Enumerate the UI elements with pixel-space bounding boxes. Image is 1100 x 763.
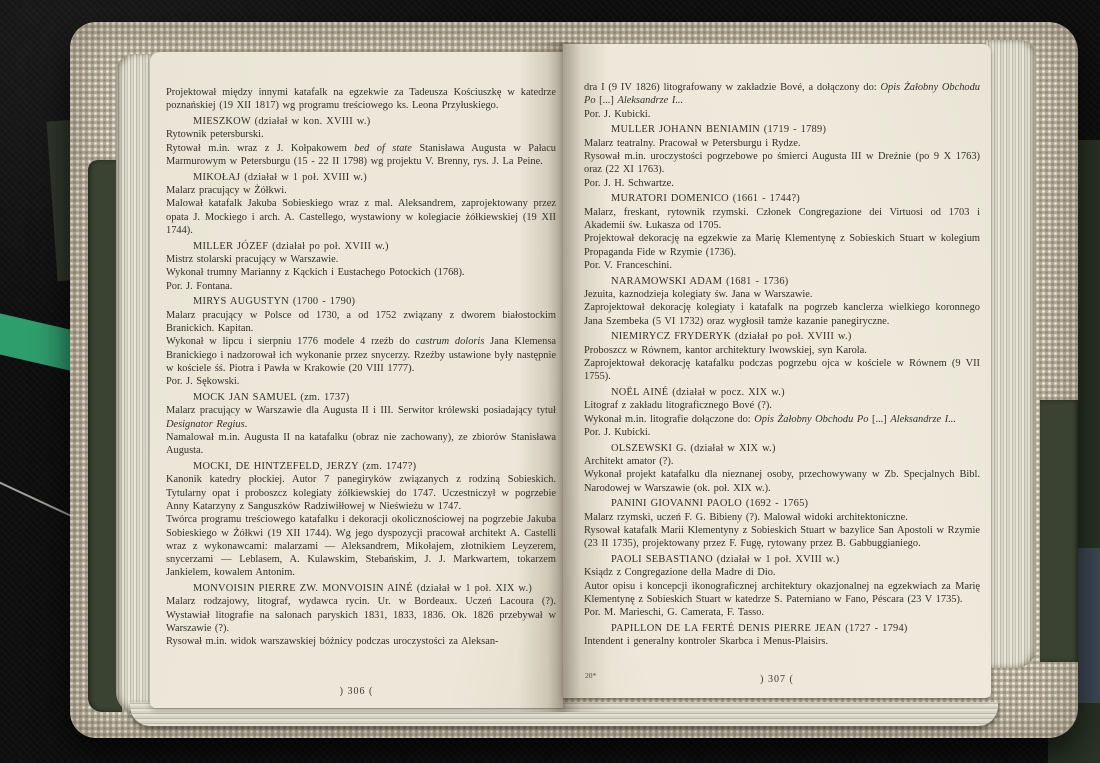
entry-heading: MIESZKOW (działał w kon. XVIII w.): [166, 115, 556, 128]
page-edges-right: [986, 40, 1036, 668]
photo-scene: Projektował między innymi katafalk na eg…: [0, 0, 1100, 763]
entry-paragraph: Por. J. Kubicki.: [584, 108, 980, 121]
entry-heading: NIEMIRYCZ FRYDERYK (działał po poł. XVII…: [584, 330, 980, 343]
entry-heading: NOËL AINÉ (działał w pocz. XIX w.): [584, 386, 980, 399]
entry-paragraph: Wykonał trumny Marianny z Kąckich i Eust…: [166, 266, 556, 279]
entry-heading: MURATORI DOMENICO (1661 - 1744?): [584, 192, 980, 205]
entry-paragraph: Autor opisu i koncepcji ikonograficznej …: [584, 580, 980, 607]
entry-paragraph: Twórca programu treściowego katafalku i …: [166, 513, 556, 579]
entry-paragraph: Wykonał projekt katafalku dla nieznanej …: [584, 468, 980, 495]
entry-heading: NARAMOWSKI ADAM (1681 - 1736): [584, 275, 980, 288]
entry-paragraph: Malował katafalk Jakuba Sobieskiego wraz…: [166, 197, 556, 237]
entry-paragraph: Namalował m.in. Augusta II na katafalku …: [166, 431, 556, 458]
entry-paragraph: Litograf z zakładu litograficznego Bové …: [584, 399, 980, 412]
entry-paragraph: Wykonał w lipcu i sierpniu 1776 modele 4…: [166, 335, 556, 375]
entry-heading: MIKOŁAJ (działał w 1 poł. XVIII w.): [166, 171, 556, 184]
left-page-number: ) 306 (: [150, 686, 563, 697]
entry-paragraph: Por. J. H. Schwartze.: [584, 177, 980, 190]
entry-paragraph: Malarz teatralny. Pracował w Petersburgu…: [584, 137, 980, 150]
entry-paragraph: Projektował dekorację na egzekwie za Mar…: [584, 232, 980, 259]
entry-paragraph: Wykonał m.in. litografie dołączone do: O…: [584, 413, 980, 426]
entry-heading: PAOLI SEBASTIANO (działał w 1 poł. XVIII…: [584, 553, 980, 566]
entry-heading: OLSZEWSKI G. (działał w XIX w.): [584, 442, 980, 455]
entry-heading: MOCK JAN SAMUEL (zm. 1737): [166, 391, 556, 404]
entry-heading: MONVOISIN PIERRE ZW. MONVOISIN AINÉ (dzi…: [166, 582, 556, 595]
entry-heading: MOCKI, DE HINTZEFELD, JERZY (zm. 1747?): [166, 460, 556, 473]
entry-heading: PAPILLON DE LA FERTÉ DENIS PIERRE JEAN (…: [584, 622, 980, 635]
entry-paragraph: Malarz pracujący w Żółkwi.: [166, 184, 556, 197]
entry-paragraph: Zaprojektował dekorację kolegiaty i kata…: [584, 301, 980, 328]
entry-paragraph: Rysował m.in. widok warszawskiej bóżnicy…: [166, 635, 556, 648]
entry-paragraph: Proboszcz w Równem, kantor architektury …: [584, 344, 980, 357]
book-page-left: Projektował między innymi katafalk na eg…: [150, 52, 563, 708]
entry-paragraph: Ksiądz z Congregazione della Madre di Di…: [584, 566, 980, 579]
entry-paragraph: Rysował katafalk Marii Klementyny z Sobi…: [584, 524, 980, 551]
entry-paragraph: Projektował między innymi katafalk na eg…: [166, 86, 556, 113]
entry-paragraph: Rytownik petersburski.: [166, 128, 556, 141]
entry-paragraph: Jezuita, kaznodzieja kolegiaty św. Jana …: [584, 288, 980, 301]
entry-paragraph: Por. J. Sękowski.: [166, 375, 556, 388]
entry-paragraph: Por. J. Kubicki.: [584, 426, 980, 439]
right-page-number: ) 307 (: [563, 674, 991, 685]
entry-paragraph: Malarz pracujący w Polsce od 1730, a od …: [166, 309, 556, 336]
entry-paragraph: dra I (9 IV 1826) litografowany w zakład…: [584, 81, 980, 108]
left-page-text: Projektował między innymi katafalk na eg…: [166, 86, 556, 649]
entry-paragraph: Intendent i generalny kontroler Skarbca …: [584, 635, 980, 648]
entry-paragraph: Zaprojektował dekorację katafalku podcza…: [584, 357, 980, 384]
entry-paragraph: Architekt amator (?).: [584, 455, 980, 468]
entry-paragraph: Malarz, freskant, rytownik rzymski. Czło…: [584, 206, 980, 233]
entry-paragraph: Malarz rzymski, uczeń F. G. Bibieny (?).…: [584, 511, 980, 524]
entry-paragraph: Por. M. Marieschi, G. Camerata, F. Tasso…: [584, 606, 980, 619]
entry-heading: PANINI GIOVANNI PAOLO (1692 - 1765): [584, 497, 980, 510]
entry-paragraph: Rysował m.in. uroczystości pogrzebowe po…: [584, 150, 980, 177]
entry-heading: MIRYS AUGUSTYN (1700 - 1790): [166, 295, 556, 308]
entry-paragraph: Kanonik katedry płockiej. Autor 7 panegi…: [166, 473, 556, 513]
entry-paragraph: Malarz rodzajowy, litograf, wydawca ryci…: [166, 595, 556, 635]
book-page-right: dra I (9 IV 1826) litografowany w zakład…: [563, 44, 991, 698]
entry-heading: MILLER JÓZEF (działał po poł. XVIII w.): [166, 240, 556, 253]
entry-heading: MULLER JOHANN BENIAMIN (1719 - 1789): [584, 123, 980, 136]
entry-paragraph: Rytował m.in. wraz z J. Kołpakowem bed o…: [166, 142, 556, 169]
entry-paragraph: Malarz pracujący w Warszawie dla Augusta…: [166, 404, 556, 431]
book-board-right: [1040, 400, 1078, 662]
right-page-text: dra I (9 IV 1826) litografowany w zakład…: [584, 81, 980, 649]
entry-paragraph: Mistrz stolarski pracujący w Warszawie.: [166, 253, 556, 266]
entry-paragraph: Por. J. Fontana.: [166, 280, 556, 293]
entry-paragraph: Por. V. Franceschini.: [584, 259, 980, 272]
